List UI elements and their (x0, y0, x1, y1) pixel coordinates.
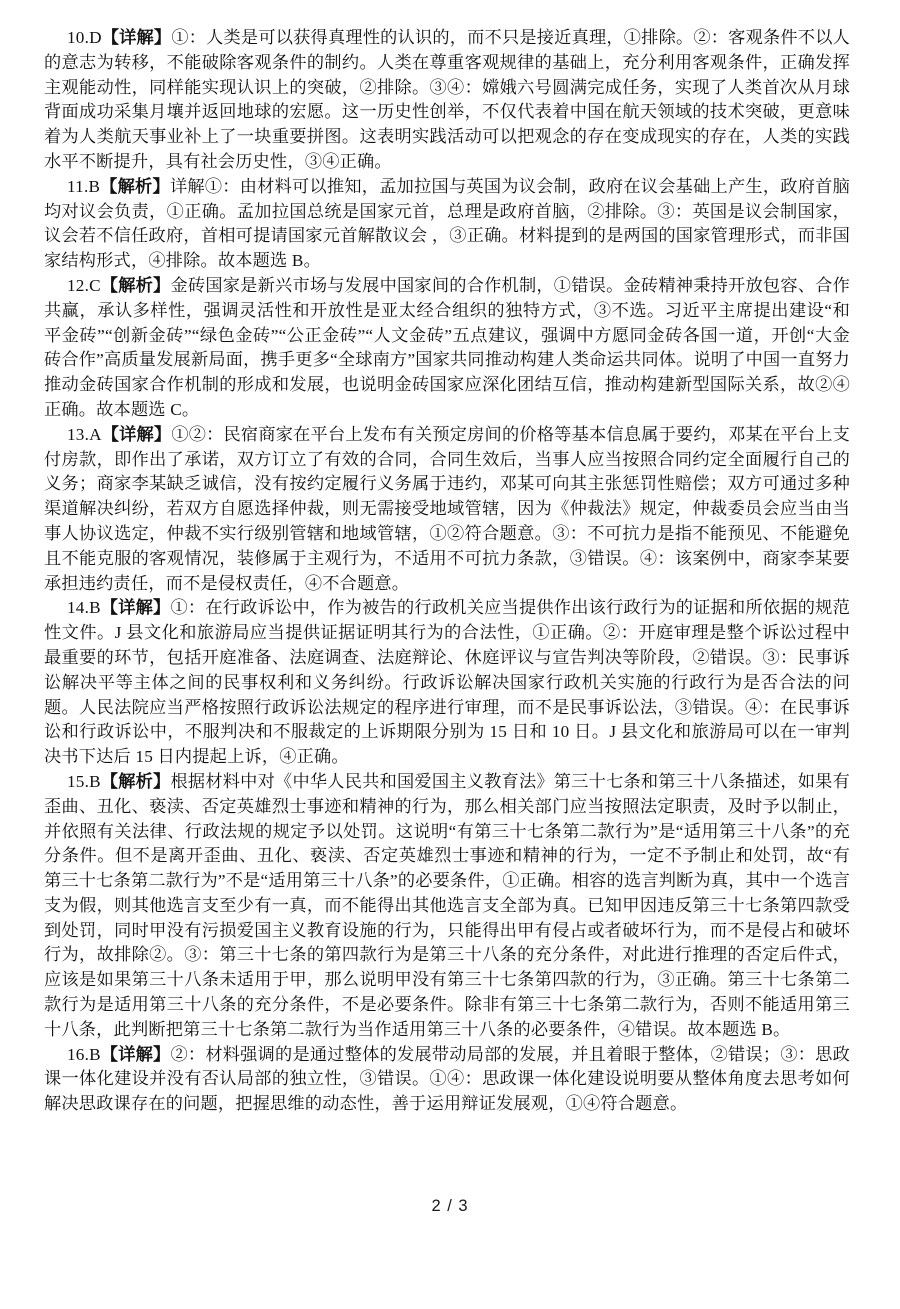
answer-paragraph: 10.D【详解】①：人类是可以获得真理性的认识的，而不只是接近真理，①排除。②：… (44, 26, 850, 175)
page-number: 2 / 3 (0, 1197, 900, 1216)
answer-paragraph: 13.A【详解】①②：民宿商家在平台上发布有关预定房间的价格等基本信息属于要约，… (44, 423, 850, 597)
question-number-answer: 16.B (67, 1045, 101, 1064)
question-number-answer: 10.D (67, 28, 102, 47)
explanation-tag: 【解析】 (101, 772, 171, 791)
question-number-answer: 14.B (67, 598, 101, 617)
explanation-tag: 【详解】 (102, 28, 172, 47)
explanation-tag: 【解析】 (100, 177, 170, 196)
answer-sheet-page: 10.D【详解】①：人类是可以获得真理性的认识的，而不只是接近真理，①排除。②：… (0, 0, 900, 1309)
answer-paragraph: 16.B【详解】②：材料强调的是通过整体的发展带动局部的发展，并且着眼于整体，②… (44, 1043, 850, 1117)
explanation-text: ①：在行政诉讼中，作为被告的行政机关应当提供作出该行政行为的证据和所依据的规范性… (44, 598, 850, 766)
question-number-answer: 11.B (67, 177, 100, 196)
explanation-text: ①②：民宿商家在平台上发布有关预定房间的价格等基本信息属于要约，邓某在平台上支付… (44, 425, 850, 593)
explanation-tag: 【解析】 (101, 276, 171, 295)
question-number-answer: 15.B (67, 772, 101, 791)
explanation-text: ①：人类是可以获得真理性的认识的，而不只是接近真理，①排除。②：客观条件不以人的… (44, 28, 850, 171)
explanation-text: 金砖国家是新兴市场与发展中国家间的合作机制，①错误。金砖精神秉持开放包容、合作共… (44, 276, 850, 419)
question-number-answer: 12.C (67, 276, 101, 295)
explanation-tag: 【详解】 (101, 1045, 171, 1064)
answer-paragraph: 14.B【详解】①：在行政诉讼中，作为被告的行政机关应当提供作出该行政行为的证据… (44, 596, 850, 770)
answer-paragraph: 15.B【解析】根据材料中对《中华人民共和国爱国主义教育法》第三十七条和第三十八… (44, 770, 850, 1043)
answers-list: 10.D【详解】①：人类是可以获得真理性的认识的，而不只是接近真理，①排除。②：… (44, 26, 850, 1117)
explanation-tag: 【详解】 (102, 425, 172, 444)
explanation-tag: 【详解】 (101, 598, 171, 617)
explanation-text: 根据材料中对《中华人民共和国爱国主义教育法》第三十七条和第三十八条描述，如果有歪… (44, 772, 850, 1039)
question-number-answer: 13.A (67, 425, 102, 444)
answer-paragraph: 12.C【解析】金砖国家是新兴市场与发展中国家间的合作机制，①错误。金砖精神秉持… (44, 274, 850, 423)
answer-paragraph: 11.B【解析】详解①：由材料可以推知，孟加拉国与英国为议会制，政府在议会基础上… (44, 175, 850, 274)
